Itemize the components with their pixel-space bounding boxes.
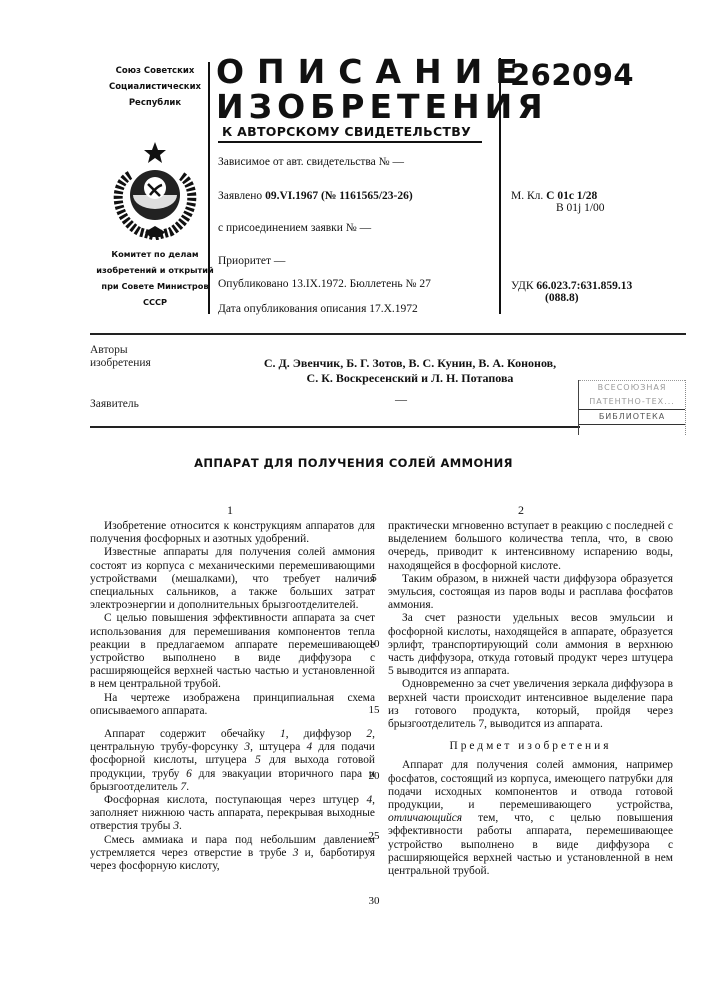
document-title-line1: ОПИСАНИЕ: [216, 54, 531, 90]
udk-codes: УДК 66.023.7:631.859.13 (088.8): [511, 280, 632, 304]
paragraph: Одновременно за счет увеличения зеркала …: [388, 678, 673, 731]
paragraph: Аппарат содержит обечайку 1, диффузор 2,…: [90, 728, 375, 794]
text-column-1: Изобретение относится к конструкциям апп…: [90, 520, 375, 873]
claim-paragraph: Аппарат для получения солей аммония, нап…: [388, 759, 673, 878]
authors-separator: [90, 426, 580, 428]
paragraph: На чертеже изображена принципиальная схе…: [90, 692, 375, 718]
committee-line: Комитет по делам: [93, 246, 217, 262]
description-date: Дата опубликования описания 17.X.1972: [218, 303, 418, 315]
committee-line: при Совете Министров: [93, 278, 217, 294]
applicant-label: Заявитель: [90, 398, 139, 410]
line-number: 15: [364, 704, 384, 716]
filed-label: Заявлено: [218, 190, 262, 202]
subtitle-underline: [218, 141, 482, 143]
stamp-line: ПАТЕНТНО-ТЕХ...: [579, 395, 685, 409]
applicant-value: —: [395, 392, 407, 407]
line-number: 5: [364, 572, 384, 584]
udk-value: 66.023.7:631.859.13: [536, 280, 632, 292]
library-stamp: ВСЕСОЮЗНАЯ ПАТЕНТНО-ТЕХ... БИБЛИОТЕКА: [578, 380, 686, 435]
authors-label: Авторы изобретения: [90, 344, 151, 370]
published: Опубликовано 13.IX.1972. Бюллетень № 27: [218, 278, 431, 290]
stamp-line: БИБЛИОТЕКА: [579, 409, 685, 425]
org-line: Республик: [95, 95, 215, 111]
paragraph: За счет разности удельных весов эмульсии…: [388, 612, 673, 678]
filed-date: Заявлено 09.VI.1967 (№ 1161565/23-26): [218, 190, 413, 202]
joined-application: с присоединением заявки № —: [218, 222, 371, 234]
class-value: B 01j 1/00: [511, 202, 605, 214]
filed-value: 09.VI.1967 (№ 1161565/23-26): [265, 190, 413, 202]
org-line: Социалистических: [95, 79, 215, 95]
authors-label-line: Авторы: [90, 344, 151, 357]
line-number: 30: [364, 895, 384, 907]
class-codes: М. Кл. C 01c 1/28 B 01j 1/00: [511, 190, 605, 214]
paragraph: Фосфорная кислота, поступающая через шту…: [90, 794, 375, 834]
published-label: Опубликовано: [218, 278, 289, 290]
committee-name: Комитет по делам изобретений и открытий …: [93, 246, 217, 310]
authors-line: С. К. Воскресенский и Л. Н. Потапова: [245, 371, 575, 386]
paragraph: практически мгновенно вступает в реакцию…: [388, 520, 673, 573]
invention-title: АППАРАТ ДЛЯ ПОЛУЧЕНИЯ СОЛЕЙ АММОНИЯ: [0, 456, 707, 470]
paragraph: Известные аппараты для получения солей а…: [90, 546, 375, 612]
committee-line: изобретений и открытий: [93, 262, 217, 278]
class-value: C 01c 1/28: [546, 190, 597, 202]
text-column-2: практически мгновенно вступает в реакцию…: [388, 520, 673, 878]
udk-value: (088.8): [511, 292, 632, 304]
document-title-line2: ИЗОБРЕТЕНИЯ: [216, 89, 548, 125]
committee-line: СССР: [93, 294, 217, 310]
paragraph: Таким образом, в нижней части диффузора …: [388, 573, 673, 613]
paragraph: Изобретение относится к конструкциям апп…: [90, 520, 375, 546]
document-subtitle: К АВТОРСКОМУ СВИДЕТЕЛЬСТВУ: [222, 124, 471, 139]
authors-label-line: изобретения: [90, 357, 151, 370]
patent-number: 262094: [510, 58, 634, 92]
column-number: 1: [215, 503, 245, 518]
paragraph: Смесь аммиака и пара под небольшим давле…: [90, 834, 375, 874]
stamp-line: ВСЕСОЮЗНАЯ: [579, 380, 685, 395]
header-separator: [90, 333, 686, 335]
udk-label: УДК: [511, 280, 534, 292]
claims-heading: Предмет изобретения: [388, 740, 673, 753]
priority: Приоритет —: [218, 255, 285, 267]
dependent-certificate: Зависимое от авт. свидетельства № —: [218, 156, 404, 168]
org-line: Союз Советских: [95, 63, 215, 79]
published-value: 13.IX.1972. Бюллетень № 27: [291, 278, 430, 290]
ussr-coat-of-arms-icon: [100, 140, 210, 240]
vertical-divider: [208, 62, 210, 314]
line-number: 25: [364, 830, 384, 842]
authors-line: С. Д. Эвенчик, Б. Г. Зотов, В. С. Кунин,…: [245, 356, 575, 371]
column-number: 2: [506, 503, 536, 518]
line-number: 10: [364, 638, 384, 650]
line-number: 20: [364, 770, 384, 782]
authors-list: С. Д. Эвенчик, Б. Г. Зотов, В. С. Кунин,…: [245, 356, 575, 386]
class-label: М. Кл.: [511, 190, 543, 202]
paragraph: С целью повышения эффективности аппарата…: [90, 612, 375, 691]
organization-name: Союз Советских Социалистических Республи…: [95, 63, 215, 111]
